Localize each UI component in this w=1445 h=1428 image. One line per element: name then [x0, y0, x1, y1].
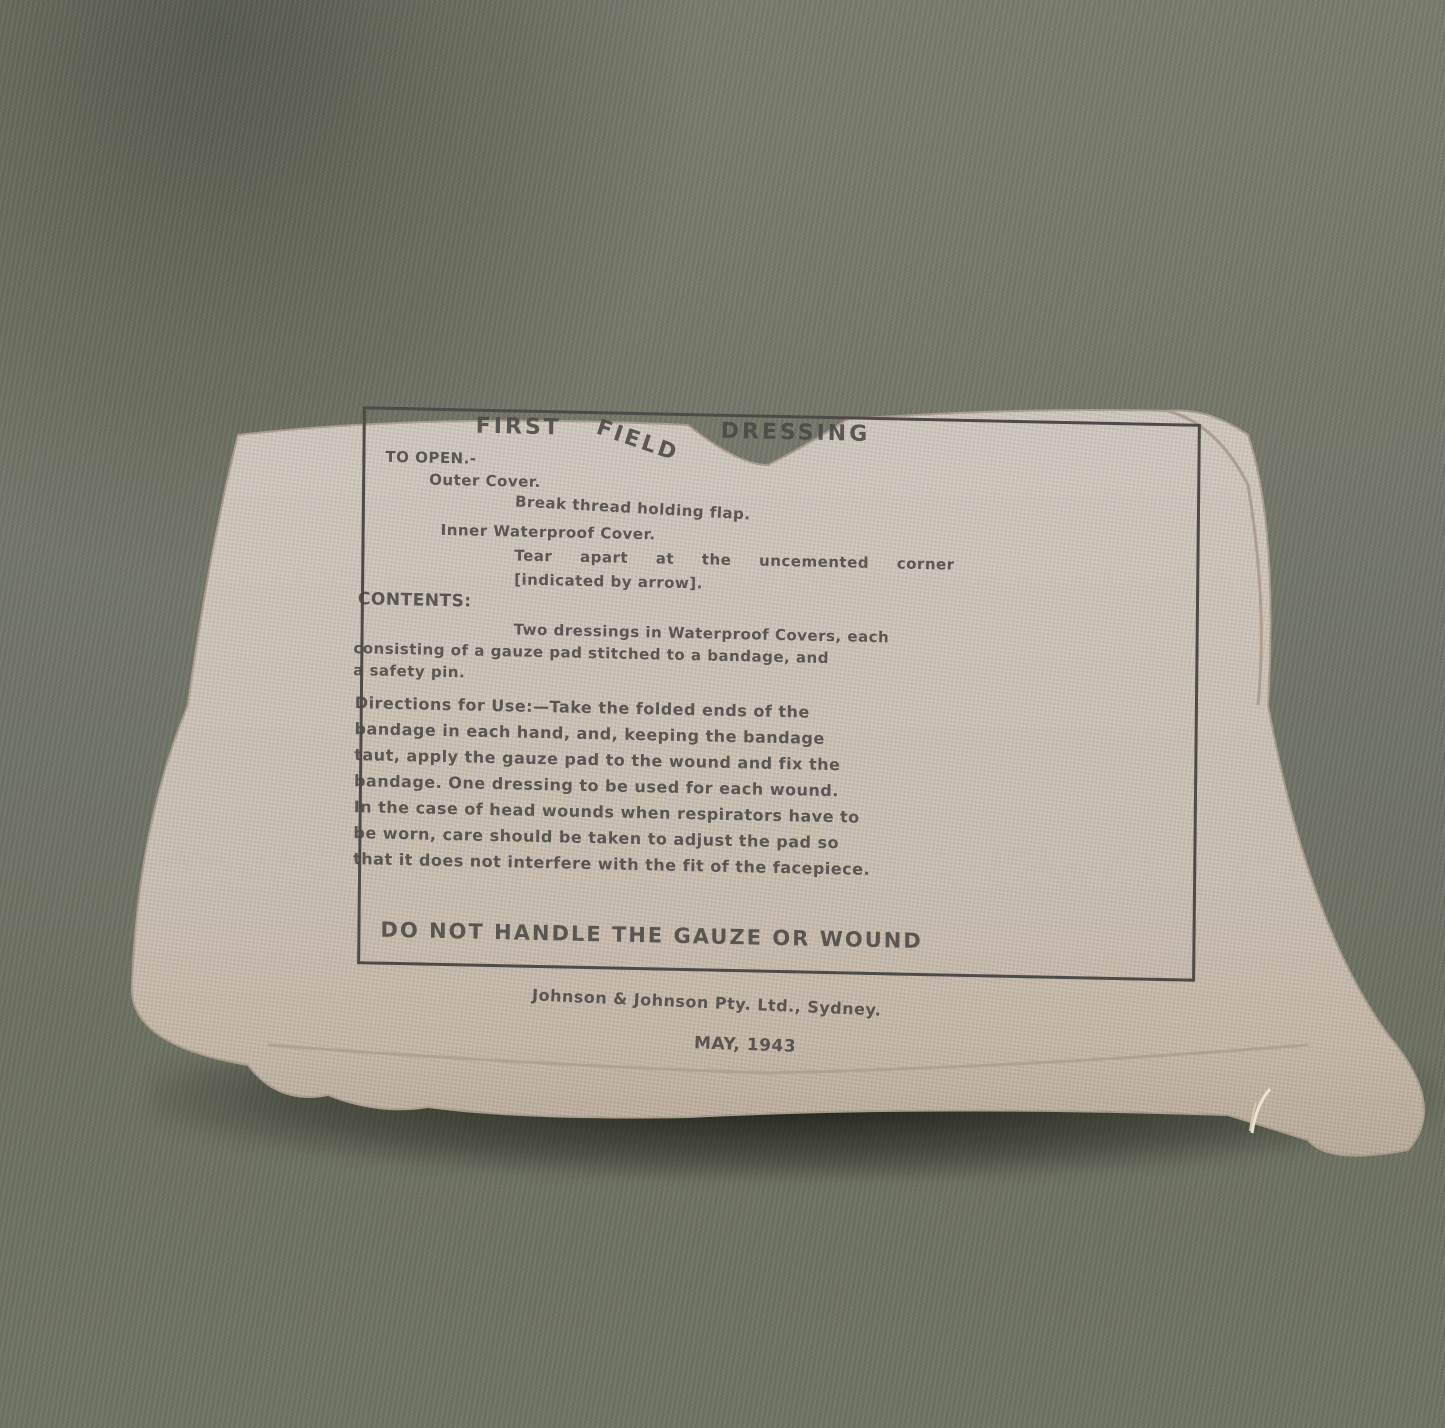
- directions-line-3: taut, apply the gauze pad to the wound a…: [354, 745, 840, 774]
- warning-text: DO NOT HANDLE THE GAUZE OR WOUND: [380, 918, 923, 953]
- outer-cover-label: Outer Cover.: [429, 471, 541, 491]
- manufacture-date: MAY, 1943: [694, 1033, 797, 1057]
- loose-thread: [1248, 1085, 1274, 1135]
- directions-line-6: be worn, care should be taken to adjust …: [353, 823, 839, 852]
- directions-line-1: Directions for Use:—Take the folded ends…: [355, 693, 810, 722]
- directions-line-2: bandage in each hand, and, keeping the b…: [354, 719, 824, 748]
- to-open-heading: TO OPEN.-: [385, 448, 476, 468]
- directions-line-7: that it does not interfere with the fit …: [353, 849, 870, 879]
- label-title: FIRST FIELD DRESSING: [476, 414, 897, 448]
- inner-cover-instruction-1: Tear apart at the unceme­nted corner: [514, 546, 954, 573]
- inner-cover-label: Inner Waterproof Cover.: [441, 521, 656, 543]
- contents-line-3: a safety pin.: [353, 661, 465, 681]
- directions-line-4: bandage. One dressing to be used for eac…: [354, 771, 839, 800]
- first-field-dressing-packet: FIRST FIELD DRESSING TO OPEN.- Outer Cov…: [128, 405, 1445, 1165]
- contents-line-1: Two dressings in Waterproof Covers, each: [514, 620, 890, 646]
- contents-heading: CONTENTS:: [358, 589, 472, 611]
- directions-line-5: In the case of head wounds when respirat…: [354, 797, 860, 827]
- inner-cover-instruction-2: [indicated by arrow].: [514, 570, 703, 592]
- printed-label-frame: FIRST FIELD DRESSING TO OPEN.- Outer Cov…: [357, 406, 1201, 981]
- outer-cover-instruction: Break thread holding flap.: [515, 492, 751, 523]
